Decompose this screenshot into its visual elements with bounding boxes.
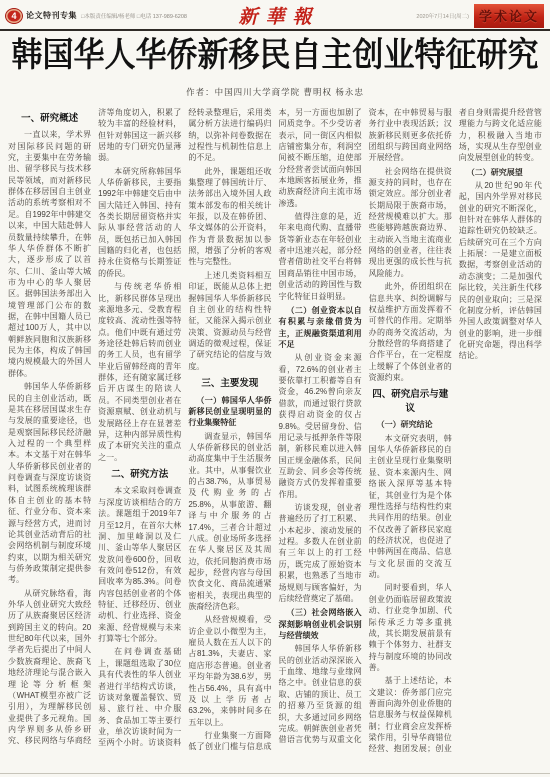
body-paragraph: 从创业资金来源看，72.6%的创业者主要依靠打工积蓄等自有资金，46.2%曾向亲… (278, 352, 361, 500)
section-heading: 三、主要发现 (188, 377, 271, 390)
body-paragraph: 值得注意的是，近年来电商代购、直播带货等新业态在年轻创业者中迅速兴起，部分经营者… (278, 211, 361, 302)
body-paragraph: 与传统老华侨相比，新移民群体呈现出来源地多元、受教育程度较高、流动性强等特点。他… (98, 281, 181, 463)
article-body: 一、研究概述一直以来，学术界对国际移民问题的研究，主要集中在劳务输出、留学移民与… (8, 107, 542, 757)
masthead-right: 2020年7月14日(周二) 学术论文 (416, 4, 544, 28)
body-paragraph: 社会网络在提供资源支持的同时，也存在锁定效应。部分创业者长期局限于族裔市场，经营… (369, 166, 452, 280)
author-line: 作者：中国四川大学商学院 曹明权 杨永忠 (0, 86, 550, 98)
masthead-left: 4 论文特刊专集 □本版责任编辑/杨老师 □电话 137-989-6208 (6, 9, 187, 23)
section-heading: 一、研究概述 (8, 112, 91, 125)
body-paragraph: 此外，侨团组织在信息共享、纠纷调解与权益维护方面发挥着不可替代的作用。定期举办的… (369, 281, 452, 383)
newspaper-title: 新華報 (230, 2, 319, 29)
body-paragraph: 上述几类资料相互印证，既能从总体上把握韩国华人华侨新移民自主创业的结构性特征，又… (188, 270, 271, 372)
subsection-heading: （一）韩国华人华侨新移民创业呈现明显的行业集聚特征 (188, 395, 271, 429)
body-paragraph: 调查显示，韩国华人华侨新移民的创业活动高度集中于生活服务业。其中，从事餐饮业的占… (188, 431, 271, 613)
body-paragraph: 一直以来，学术界对国际移民问题的研究，主要集中在劳务输出、留学移民与技术移民等领… (8, 129, 91, 379)
newspaper-page: 4 论文特刊专集 □本版责任编辑/杨老师 □电话 137-989-6208 新華… (0, 0, 550, 757)
article-headline: 韩国华人华侨新移民自主创业特征研究 (8, 36, 542, 77)
subsection-heading: （一）研究结论 (369, 419, 452, 430)
body-paragraph: 从经营规模看，受访企业以小微型为主，雇员人数在五人以下的占81.3%，夫妻店、家… (188, 614, 271, 728)
body-paragraph: 同时要看到，华人创业仍面临居留政策波动、行业竞争加剧、代际传承乏力等多重挑战，其… (369, 582, 452, 673)
issue-date: 2020年7月14日(周二) (416, 12, 469, 20)
body-paragraph: 韩国华人华侨新移民的自主创业活动，既是其在移居国谋求生存与发展的重要途径，也是观… (8, 381, 91, 585)
subsection-heading: （三）社会网络嵌入深刻影响创业机会识别与经营绩效 (278, 607, 361, 641)
body-paragraph: 本文研究表明，韩国华人华侨新移民的自主创业呈现行业集聚明显、资本来源内生、网络嵌… (369, 433, 452, 581)
masthead: 4 论文特刊专集 □本版责任编辑/杨老师 □电话 137-989-6208 新華… (0, 0, 550, 28)
body-paragraph: 访谈发现，创业者普遍经历了打工积累、小本起步、滚动发展的过程。多数人在创业前有三… (278, 502, 361, 604)
page-number-badge: 4 (6, 9, 22, 23)
body-paragraph: 从20世纪90年代起，国内外学界对移民创业的研究不断深化，但针对在韩华人群体的追… (459, 180, 542, 362)
section-heading: 四、研究启示与建议 (369, 388, 452, 415)
editor-contact-line: □本版责任编辑/杨老师 □电话 137-989-6208 (81, 12, 187, 20)
body-paragraph: 本研究所称韩国华人华侨新移民，主要指1992年中韩建交后由中国大陆迁入韩国、持有… (98, 166, 181, 280)
masthead-rule (0, 29, 550, 31)
section-heading: 二、研究方法 (98, 468, 181, 481)
body-paragraph: 此外，课题组还收集整理了韩国统计厅、法务部出入境外国人政策本部发布的相关统计年报… (188, 166, 271, 268)
body-paragraph: 本文采取问卷调查与深度访谈相结合的方法。课题组于2019年7月至12月，在首尔大… (98, 485, 181, 644)
subsection-heading: （二）创业资本以自有积累与亲缘借贷为主，正规融资渠道利用不足 (278, 305, 361, 350)
bottom-rule (0, 773, 550, 774)
edition-label: 论文特刊专集 (26, 10, 77, 21)
section-tag: 学术论文 (474, 4, 544, 28)
subsection-heading: （二）研究展望 (459, 167, 542, 178)
